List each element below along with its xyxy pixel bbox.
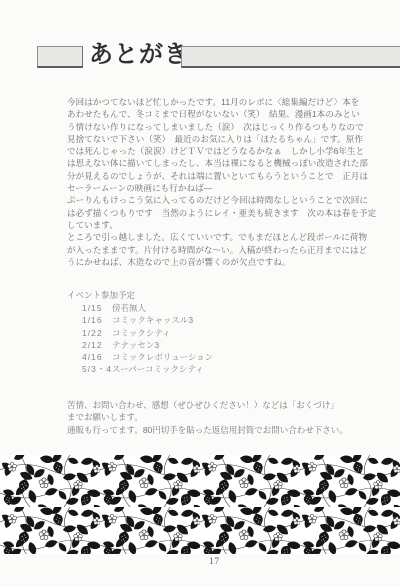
event-schedule: イベント参加予定 1/15傍若無人 1/16コミックキャッスル3 1/22コミッ… xyxy=(67,289,213,375)
body-line: 見捨てないで下さい（笑） 最近のお気に入りは「ほたるちゃん」です。原作 xyxy=(67,133,369,145)
body-line: う情けない作りになってしまいました（涙） 次はじっくり作るつもりなので xyxy=(67,121,369,133)
body-line: が入ったままです。片付ける時間がな〜い。入稿が終わったら正月までにはど xyxy=(67,244,369,256)
header-decorative-box-right xyxy=(181,46,400,68)
page-number: 17 xyxy=(209,556,220,566)
page-title: あとがき xyxy=(89,42,189,68)
body-line: セーラームーンの映画にも行かねば— xyxy=(67,182,369,194)
event-date: 1/16 xyxy=(82,314,112,326)
body-line: 分が見えるのでしょうが、それは端に置いといてもらうということで 正月は xyxy=(67,170,369,182)
body-line: ぷーりんもけっこう気に入ってるのだけど今回は時間なしということで次回に xyxy=(67,194,369,206)
event-row: 1/15傍若無人 xyxy=(82,302,213,314)
event-name: コミックレボリューション xyxy=(112,352,213,362)
event-row: 5/3・4スーパーコミックシティ xyxy=(82,363,213,375)
event-name: 傍若無人 xyxy=(112,303,146,313)
event-date: 4/16 xyxy=(82,351,112,363)
contact-note: 苦情、お問い合わせ、感想（ぜひぜひください！）などは「おくづけ」 までお願いしま… xyxy=(67,399,377,436)
event-row: 1/22コミックシティ xyxy=(82,327,213,339)
event-name: コミックキャッスル3 xyxy=(112,315,193,325)
note-line: 通販も行ってます。80円切手を貼った返信用封筒でお問い合わせ下さい。 xyxy=(67,424,377,436)
event-name: コミックシティ xyxy=(112,328,171,338)
event-date: 5/3・4 xyxy=(82,363,112,375)
note-line: までお願いします。 xyxy=(67,411,377,423)
event-name: スーパーコミックシティ xyxy=(112,364,204,374)
body-line: は必ず描くつもりです 当然のようにレイ・亜美も続きます 次の本は春を予定 xyxy=(67,207,369,219)
afterword-body-text: 今回はかつてないほど忙しかったです。11月のレポに〈総集編だけど〉本を あわせた… xyxy=(67,96,369,268)
header-decorative-box-left xyxy=(37,46,83,68)
event-date: 1/15 xyxy=(82,302,112,314)
event-row: 1/16コミックキャッスル3 xyxy=(82,314,213,326)
body-line: では死んじゃった（涙涙）けどＴＶではどうなるかなぁ しかし小学6年生と xyxy=(67,145,369,157)
event-name: テナッセン3 xyxy=(112,340,159,350)
body-line: うにかせねば、木造なので上の音が響くのが欠点ですね。 xyxy=(67,256,369,268)
note-line: 苦情、お問い合わせ、感想（ぜひぜひください！）などは「おくづけ」 xyxy=(67,399,377,411)
strawberry-leaf-pattern-icon xyxy=(0,455,400,554)
body-line: ところで引っ越しました。広くていいです。でもまだほとんど段ボールに荷物 xyxy=(67,231,369,243)
body-line: しています。 xyxy=(67,219,369,231)
event-date: 2/12 xyxy=(82,339,112,351)
floral-pattern-band xyxy=(0,455,400,554)
event-row: 4/16コミックレボリューション xyxy=(82,351,213,363)
afterword-page: あとがき 今回はかつてないほど忙しかったです。11月のレポに〈総集編だけど〉本を… xyxy=(0,0,400,586)
body-line: 今回はかつてないほど忙しかったです。11月のレポに〈総集編だけど〉本を xyxy=(67,96,369,108)
event-row: 2/12テナッセン3 xyxy=(82,339,213,351)
event-schedule-title: イベント参加予定 xyxy=(67,289,213,301)
body-line: は思えない体に描いてしまったし、本当は裸になると機械っぽい改造された部 xyxy=(67,157,369,169)
body-line: あわせたもんで、冬コミまで日程がないない（笑） 結果、漫画1本のみとい xyxy=(67,108,369,120)
event-date: 1/22 xyxy=(82,327,112,339)
